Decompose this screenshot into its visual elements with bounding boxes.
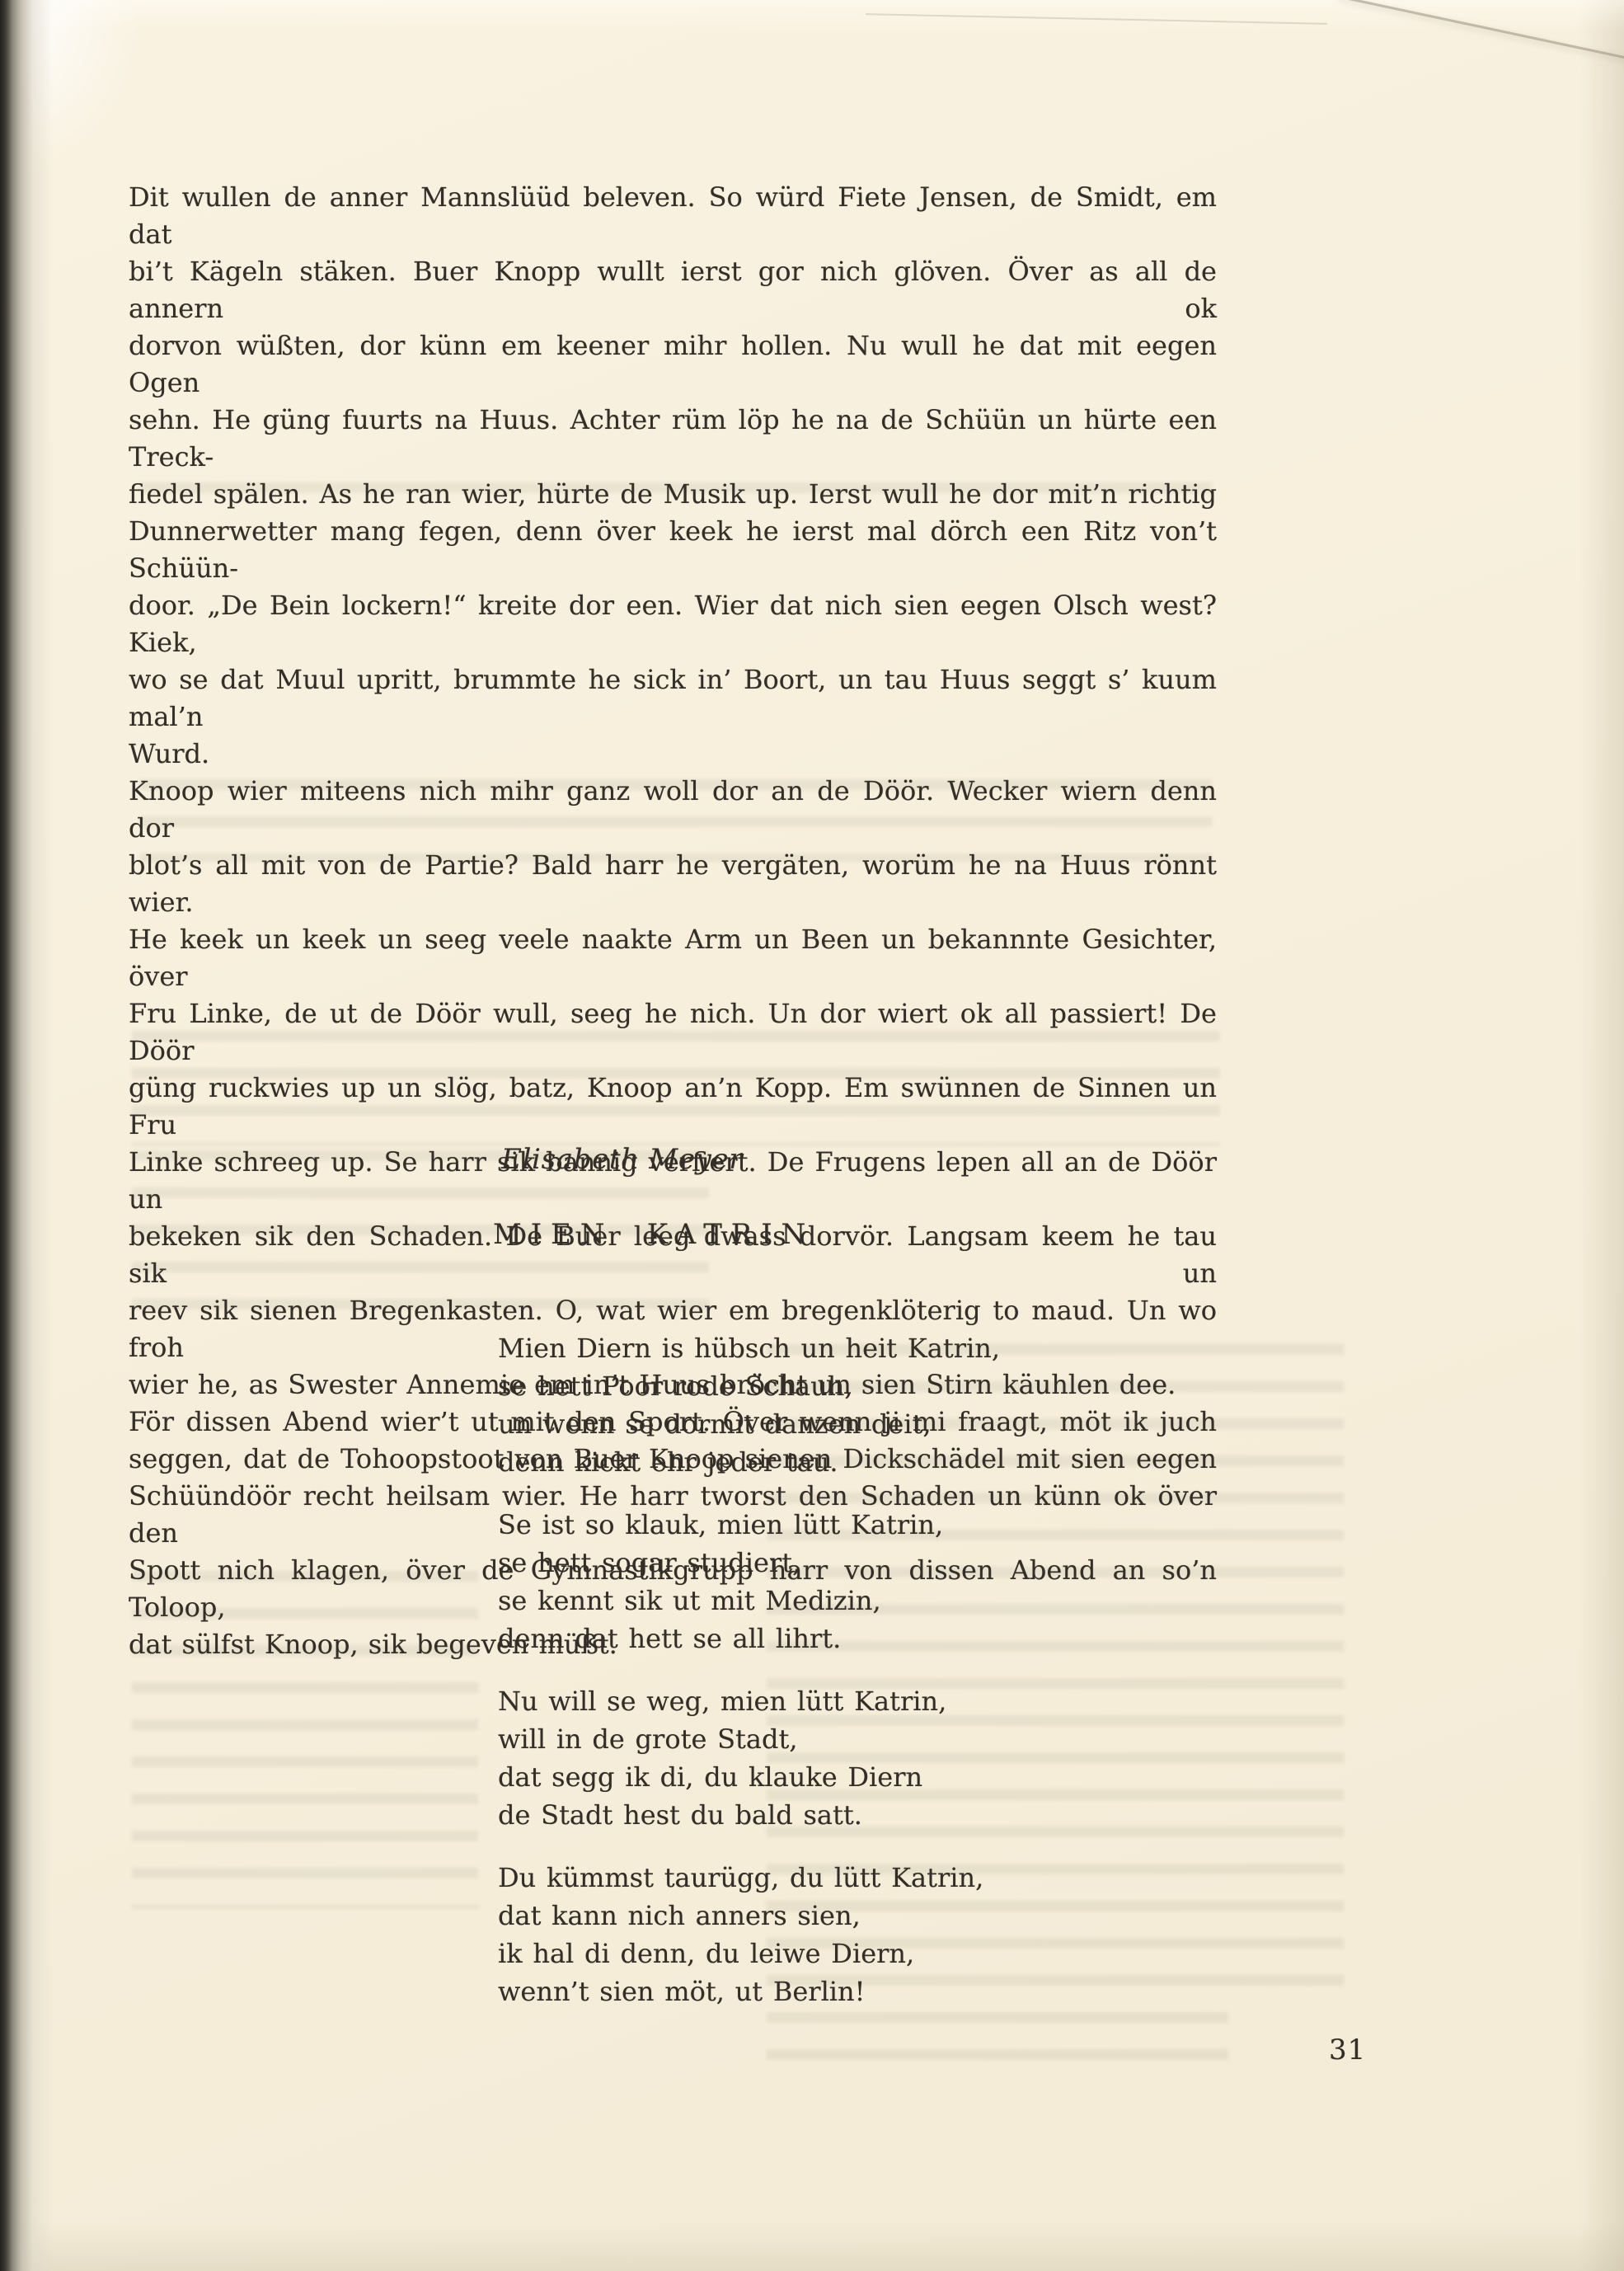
- poem-line: dat segg ik di, du klauke Diern: [498, 1758, 1000, 1796]
- poem-stanza: Du kümmst taurügg, du lütt Katrin,dat ka…: [498, 1859, 1000, 2010]
- poem-line: dat kann nich anners sien,: [498, 1897, 1000, 1935]
- prose-line: Dit wullen de anner Mannslüüd beleven. S…: [129, 179, 1217, 253]
- poem-line: de Stadt hest du bald satt.: [498, 1796, 1000, 1834]
- poem-line: Mien Diern is hübsch un heit Katrin,: [498, 1329, 1000, 1367]
- poem-line: wenn’t sien möt, ut Berlin!: [498, 1972, 1000, 2010]
- poem-line: Se ist so klauk, mien lütt Katrin,: [498, 1506, 1000, 1544]
- prose-line: sehn. He güng fuurts na Huus. Achter rüm…: [129, 402, 1217, 476]
- poem-line: ik hal di denn, du leiwe Diern,: [498, 1935, 1000, 1972]
- poem-line: will in de grote Stadt,: [498, 1720, 1000, 1758]
- poem-stanza: Nu will se weg, mien lütt Katrin,will in…: [498, 1682, 1000, 1834]
- prose-line: Wurd.: [129, 736, 1217, 773]
- prose-line: dorvon wüßten, dor künn em keener mihr h…: [129, 327, 1217, 402]
- poem-line: un wenn se dormit danzen deit,: [498, 1405, 1000, 1443]
- poem-stanza: Se ist so klauk, mien lütt Katrin,se het…: [498, 1506, 1000, 1657]
- poem-title: MIEN KATRIN: [493, 1218, 814, 1251]
- author-name: Elisabeth Meyer: [501, 1143, 743, 1176]
- poem-block: Mien Diern is hübsch un heit Katrin,se h…: [498, 1329, 1000, 2035]
- poem-line: denn kickt ehr jeder tau.: [498, 1443, 1000, 1481]
- poem-line: se hett Poor rode Schauh,: [498, 1367, 1000, 1405]
- prose-line: Knoop wier miteens nich mihr ganz woll d…: [129, 773, 1217, 847]
- prose-line: blot’s all mit von de Partie? Bald harr …: [129, 847, 1217, 921]
- poem-stanza: Mien Diern is hübsch un heit Katrin,se h…: [498, 1329, 1000, 1481]
- poem-line: se hett sogar studiert,: [498, 1544, 1000, 1582]
- prose-line: Dunnerwetter mang fegen, denn över keek …: [129, 513, 1217, 587]
- prose-line: Fru Linke, de ut de Döör wull, seeg he n…: [129, 995, 1217, 1070]
- prose-line: bi’t Kägeln stäken. Buer Knopp wullt ier…: [129, 253, 1217, 327]
- prose-line: He keek un keek un seeg veele naakte Arm…: [129, 921, 1217, 995]
- poem-line: denn dat hett se all lihrt.: [498, 1620, 1000, 1657]
- page-left-edge-shadow: [0, 0, 53, 2271]
- book-page: Dit wullen de anner Mannslüüd beleven. S…: [0, 0, 1624, 2271]
- top-wrinkle: [866, 13, 1327, 25]
- prose-line: wo se dat Muul upritt, brummte he sick i…: [129, 661, 1217, 736]
- prose-line: fiedel spälen. As he ran wier, hürte de …: [129, 476, 1217, 513]
- page-number: 31: [1329, 2034, 1366, 2066]
- poem-line: Du kümmst taurügg, du lütt Katrin,: [498, 1859, 1000, 1897]
- prose-line: güng ruckwies up un slög, batz, Knoop an…: [129, 1070, 1217, 1144]
- poem-line: se kennt sik ut mit Medizin,: [498, 1582, 1000, 1620]
- prose-line: door. „De Bein lockern!“ kreite dor een.…: [129, 587, 1217, 661]
- poem-line: Nu will se weg, mien lütt Katrin,: [498, 1682, 1000, 1720]
- top-right-fold-crease: [1339, 0, 1624, 63]
